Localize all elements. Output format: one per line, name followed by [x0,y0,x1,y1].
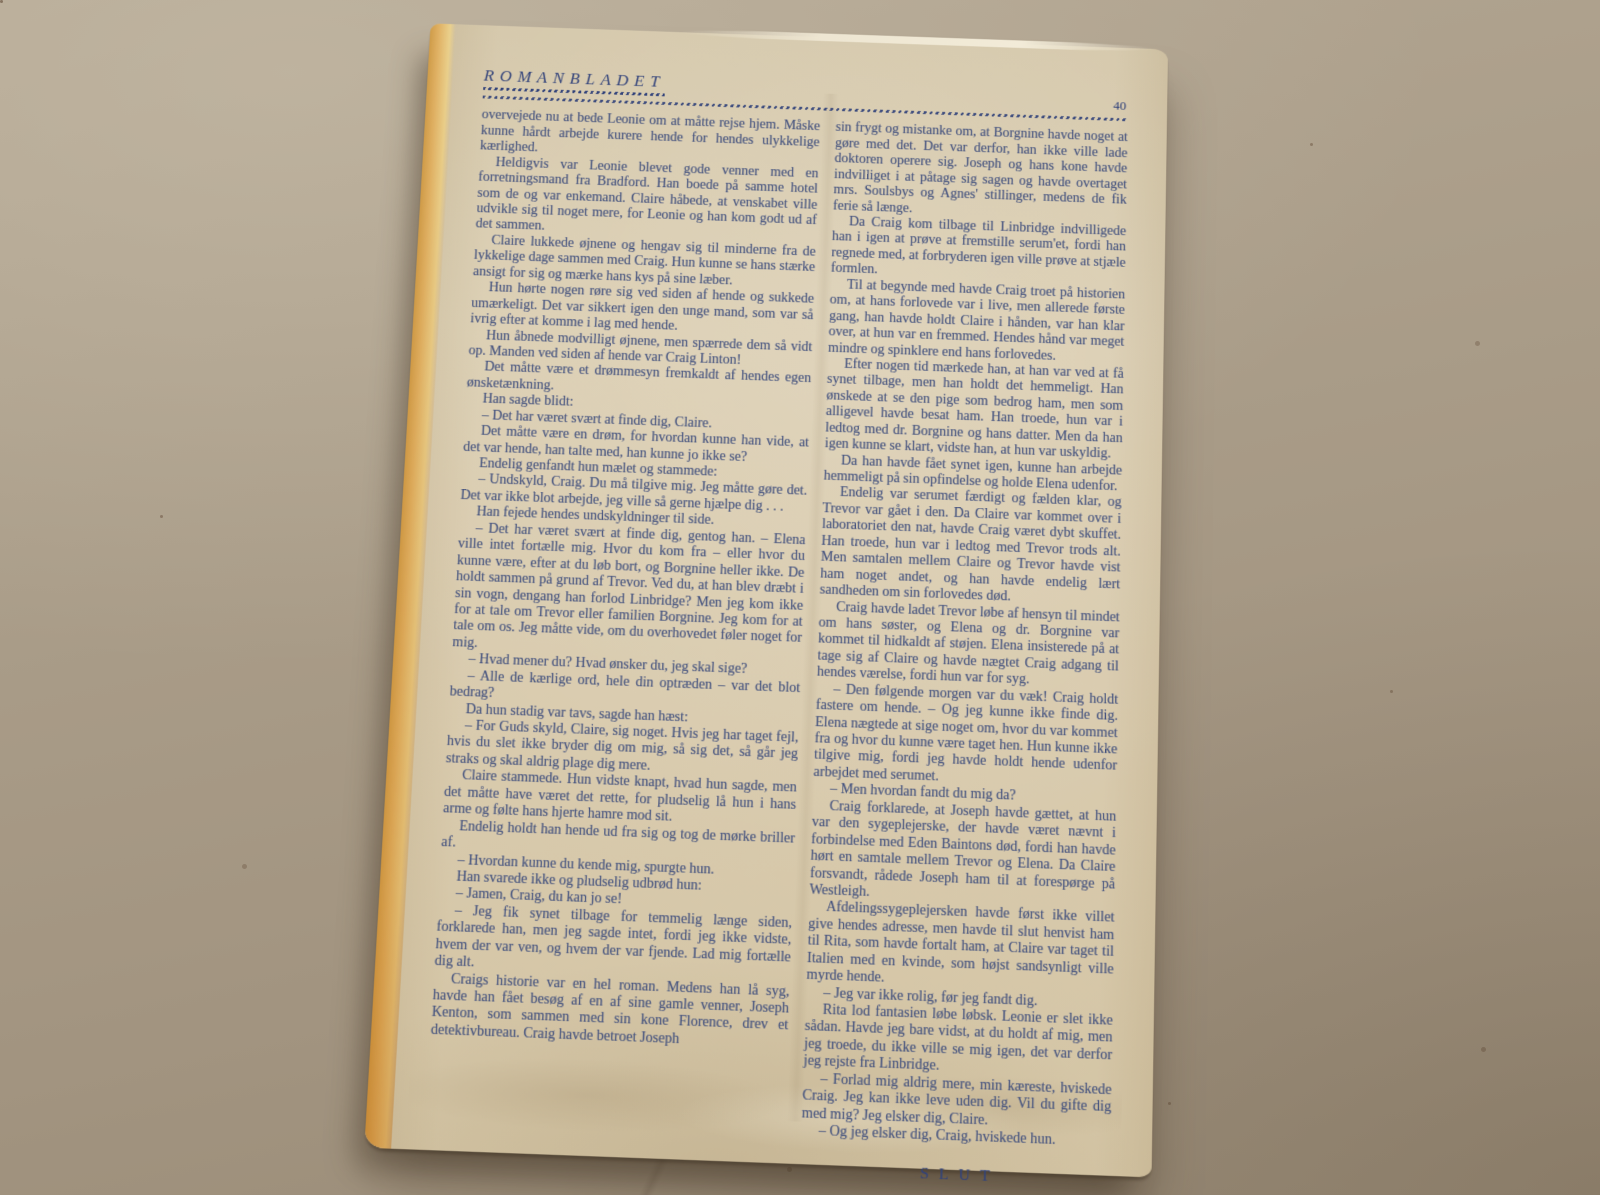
paragraph: Craigs historie var en hel roman. Medens… [430,971,790,1053]
cardboard-speckles [0,0,3,3]
paragraph: Rita lod fantasien løbe løbsk. Leonie er… [803,1002,1113,1083]
text-column-left: overvejede nu at bede Leonie om at måtte… [423,108,820,1178]
page-number: 40 [1113,98,1126,114]
paragraph: Efter nogen tid mærkede han, at han var … [824,356,1123,463]
paragraph: sin frygt og mistanke om, at Borgnine ha… [833,121,1128,225]
text-column-right-paragraphs: sin frygt og mistanke om, at Borgnine ha… [801,121,1128,1152]
article-columns: overvejede nu at bede Leonie om at måtte… [423,108,1128,1190]
paragraph: Craig havde ladet Trevor løbe af hensyn … [817,599,1120,692]
paragraph: Da Craig kom tilbage til Linbridge indvi… [830,214,1126,287]
photo-background: ROMANBLADET 40 overvejede nu at bede Leo… [0,0,1600,1195]
magazine-title: ROMANBLADET [483,66,665,96]
paragraph: Heldigvis var Leonie blevet gode venner … [475,155,818,245]
text-column-right: sin frygt og mistanke om, at Borgnine ha… [799,121,1127,1191]
paragraph: – Det har været svært at finde dig, gent… [452,520,806,664]
paragraph: Craig forklarede, at Joseph havde gættet… [809,798,1116,911]
page-content: ROMANBLADET 40 overvejede nu at bede Leo… [424,66,1128,1175]
end-mark: SLUT [799,1159,1110,1190]
paragraph: – Den følgende morgen var du væk! Craig … [813,681,1118,792]
paragraph: Afdelingssygeplejersken havde først ikke… [806,899,1115,996]
paragraph: Endelig var serumet færdigt og fælden kl… [819,485,1121,610]
magazine-page: ROMANBLADET 40 overvejede nu at bede Leo… [364,23,1168,1177]
paragraph: Til at begynde med havde Craig troet på … [828,277,1125,367]
